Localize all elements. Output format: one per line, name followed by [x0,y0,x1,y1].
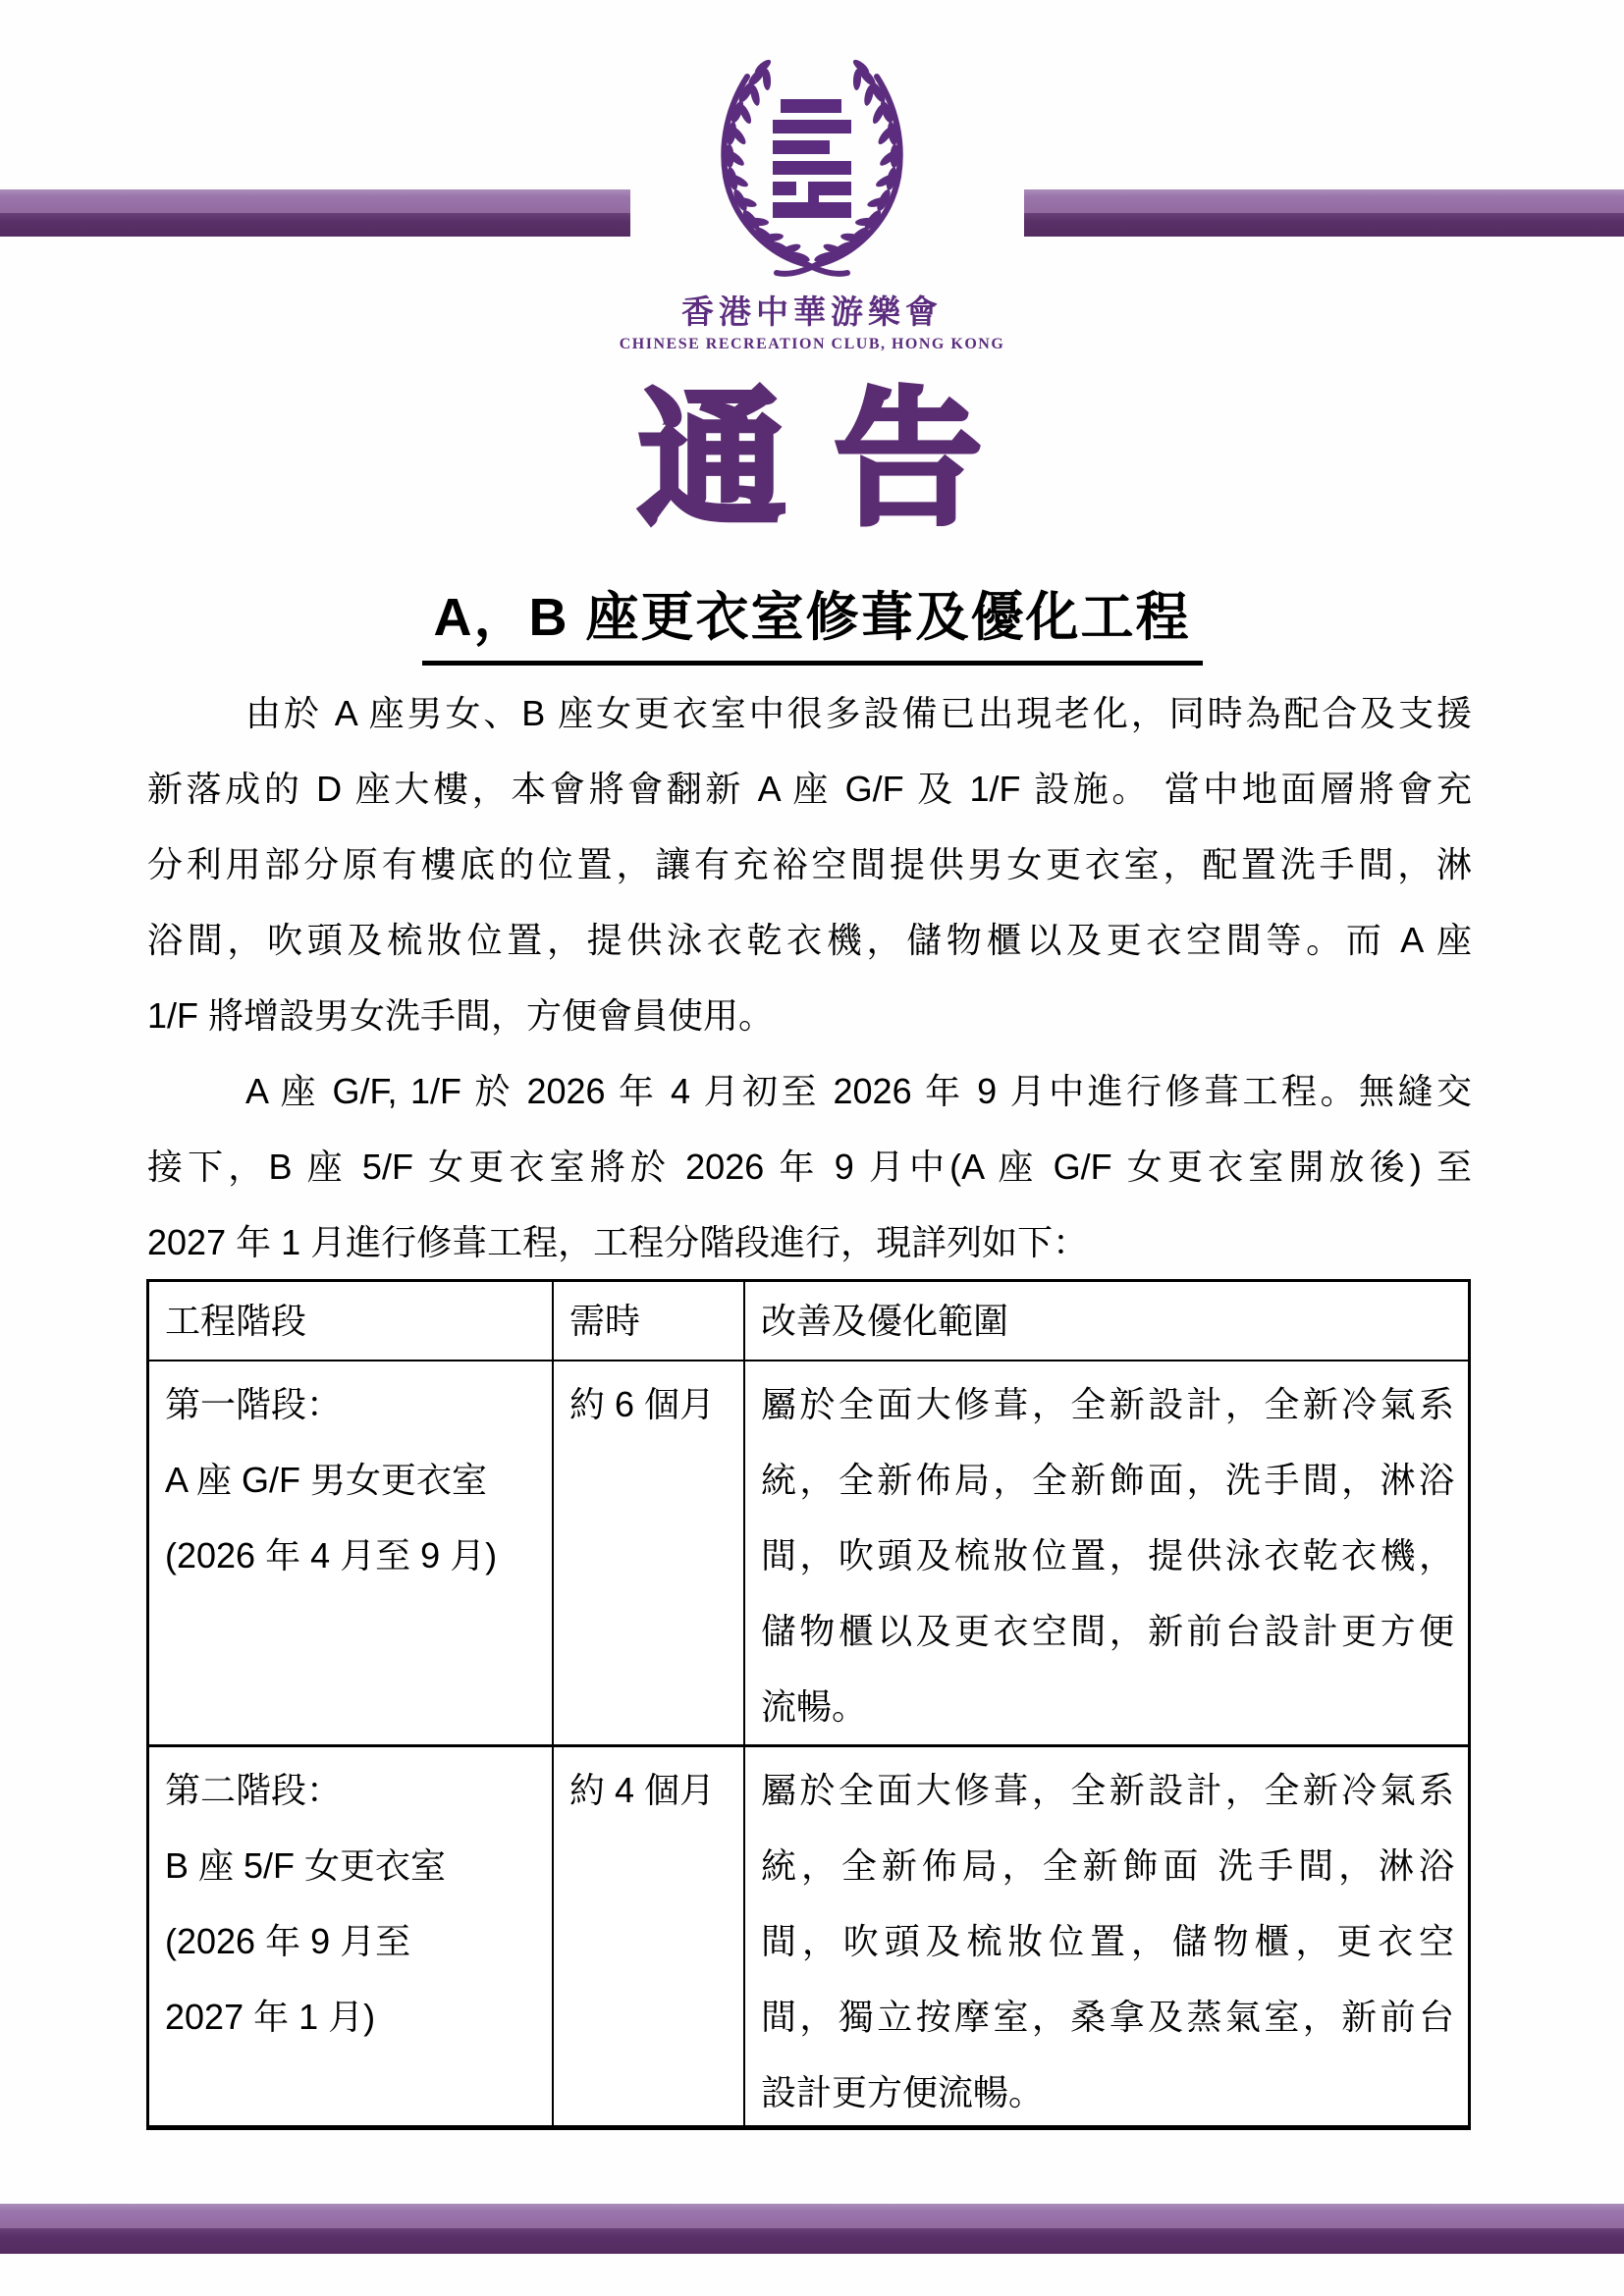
phase-1-line: 第一階段： [165,1366,538,1442]
laurel-wreath-emblem-icon [684,55,940,279]
body-line-1: 由於 A 座男女、B 座女更衣室中很多設備已出現老化，同時為配合及支援 [147,675,1472,751]
scope-1-line: 間，吹頭及梳妝位置，提供泳衣乾衣機， [761,1518,1454,1593]
notice-page: 香港中華游樂會 CHINESE RECREATION CLUB, HONG KO… [0,0,1624,2296]
project-heading: A，B 座更衣室修葺及優化工程 [0,575,1624,666]
emblem-bars [773,99,851,218]
scope-2-line: 間，獨立按摩室，桑拿及蒸氣室，新前台 [761,1979,1454,2055]
phase-1-line: A 座 G/F 男女更衣室 [165,1442,538,1518]
header-duration: 需時 [554,1282,745,1360]
table-header-row: 工程階段 需時 改善及優化範圍 [149,1282,1468,1362]
phase-1-cell: 第一階段： A 座 G/F 男女更衣室 (2026 年 4 月至 9 月) [149,1362,554,1744]
scope-1-line: 流暢。 [761,1669,1454,1744]
phase-2-line: 2027 年 1 月) [165,1979,538,2055]
body-line-3: 分利用部分原有樓底的位置，讓有充裕空間提供男女更衣室，配置洗手間，淋 [147,827,1472,902]
club-name-chinese: 香港中華游樂會 [0,287,1624,333]
header-phase: 工程階段 [149,1282,554,1360]
body-paragraphs: 由於 A 座男女、B 座女更衣室中很多設備已出現老化，同時為配合及支援 新落成的… [147,675,1472,1280]
scope-1-line: 統，全新佈局，全新飾面，洗手間，淋浴 [761,1442,1454,1518]
phase-2-cell: 第二階段： B 座 5/F 女更衣室 (2026 年 9 月至 2027 年 1… [149,1747,554,2125]
bar-dark-segment [0,2228,1624,2254]
bar-light-segment [0,2204,1624,2228]
body-line-6-serif: 無縫交 [1359,1072,1472,1111]
club-logo: 香港中華游樂會 CHINESE RECREATION CLUB, HONG KO… [0,55,1624,353]
body-line-4: 浴間，吹頭及梳妝位置，提供泳衣乾衣機，儲物櫃以及更衣空間等。而 A 座 [147,902,1472,978]
duration-1-cell: 約 6 個月 [554,1362,745,1744]
club-name-english: CHINESE RECREATION CLUB, HONG KONG [0,336,1624,353]
project-heading-text: A，B 座更衣室修葺及優化工程 [422,575,1203,666]
body-line-5: 1/F 將增設男女洗手間，方便會員使用。 [147,978,1472,1053]
table-row-phase-2: 第二階段： B 座 5/F 女更衣室 (2026 年 9 月至 2027 年 1… [149,1747,1468,2125]
body-line-6-main: A 座 G/F, 1/F 於 2026 年 4 月初至 2026 年 9 月中進… [245,1071,1359,1111]
notice-title: 通 告 [0,361,1624,558]
phase-2-line: B 座 5/F 女更衣室 [165,1828,538,1903]
scope-1-cell: 屬於全面大修葺，全新設計，全新冷氣系 統，全新佈局，全新飾面，洗手間，淋浴 間，… [745,1362,1468,1744]
scope-1-line: 屬於全面大修葺，全新設計，全新冷氣系 [761,1366,1454,1442]
scope-2-line: 設計更方便流暢。 [761,2055,1454,2130]
bottom-decorative-bar [0,2204,1624,2254]
duration-1: 約 6 個月 [569,1366,730,1442]
scope-2-line: 統，全新佈局，全新飾面 洗手間，淋浴 [761,1828,1454,1903]
table-row-phase-1: 第一階段： A 座 G/F 男女更衣室 (2026 年 4 月至 9 月) 約 … [149,1362,1468,1747]
phase-2-line: 第二階段： [165,1752,538,1828]
duration-2: 約 4 個月 [569,1752,730,1828]
body-line-6: A 座 G/F, 1/F 於 2026 年 4 月初至 2026 年 9 月中進… [147,1053,1472,1129]
scope-2-line: 屬於全面大修葺，全新設計，全新冷氣系 [761,1752,1454,1828]
works-table: 工程階段 需時 改善及優化範圍 第一階段： A 座 G/F 男女更衣室 (202… [146,1279,1471,2130]
phase-2-line: (2026 年 9 月至 [165,1903,538,1979]
header-scope: 改善及優化範圍 [745,1282,1468,1360]
duration-2-cell: 約 4 個月 [554,1747,745,2125]
scope-2-line: 間，吹頭及梳妝位置，儲物櫃，更衣空 [761,1903,1454,1979]
body-line-8: 2027 年 1 月進行修葺工程，工程分階段進行，現詳列如下： [147,1204,1472,1280]
phase-1-line: (2026 年 4 月至 9 月) [165,1518,538,1593]
scope-1-line: 儲物櫃以及更衣空間，新前台設計更方便 [761,1593,1454,1669]
scope-2-cell: 屬於全面大修葺，全新設計，全新冷氣系 統，全新佈局，全新飾面 洗手間，淋浴 間，… [745,1747,1468,2125]
body-line-2: 新落成的 D 座大樓，本會將會翻新 A 座 G/F 及 1/F 設施。 當中地面… [147,751,1472,827]
body-line-7: 接下，B 座 5/F 女更衣室將於 2026 年 9 月中(A 座 G/F 女更… [147,1129,1472,1204]
